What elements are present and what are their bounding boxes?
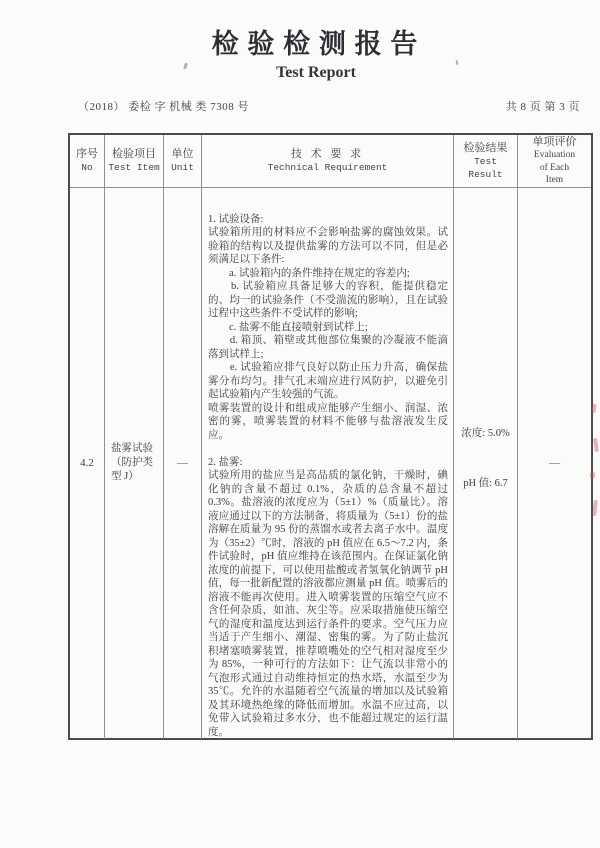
stamp-residue xyxy=(592,500,598,516)
stamp-residue xyxy=(591,404,597,414)
header-unit: 单位 Unit xyxy=(164,135,202,187)
page-title: 检 验 检 测 报 告 xyxy=(30,22,600,61)
cell-test-result: 浓度: 5.0% pH 值: 6.7 xyxy=(454,188,518,740)
doc-number: （2018） 委检 字 机械 类 7308 号 xyxy=(78,98,249,114)
cell-test-item: 盐雾试验（防护类型 J） xyxy=(105,188,164,740)
header-no-en: No xyxy=(81,161,92,174)
cell-evaluation: — xyxy=(518,188,591,740)
header-evaluation-en: Evaluation of Each Item xyxy=(534,149,575,187)
header-test-item: 检验项目 Test Item xyxy=(105,135,164,187)
meta-row: （2018） 委检 字 机械 类 7308 号 共 8 页 第 3 页 xyxy=(78,98,580,114)
result-ph-value: pH 值: 6.7 xyxy=(463,475,508,490)
header-no-cn: 序号 xyxy=(76,147,98,161)
cell-unit: — xyxy=(164,188,202,740)
header-unit-en: Unit xyxy=(171,161,194,174)
test-report-table: 序号 No 检验项目 Test Item 单位 Unit 技 术 要 求 Tec… xyxy=(68,133,593,740)
header-evaluation-cn: 单项评价 xyxy=(533,135,577,149)
header-evaluation: 单项评价 Evaluation of Each Item xyxy=(518,135,591,187)
cell-technical-requirement: 1. 试验设备: 试验箱所用的材料应不会影响盐雾的腐蚀效果。试验箱的结构以及提供… xyxy=(202,188,454,740)
header-technical-requirement: 技 术 要 求 Technical Requirement xyxy=(202,135,454,187)
table-row: 4.2 盐雾试验（防护类型 J） — 1. 试验设备: 试验箱所用的材料应不会影… xyxy=(70,188,591,740)
header-test-result-en: Test Result xyxy=(468,155,502,181)
header-test-item-cn: 检验项目 xyxy=(112,147,156,161)
header-test-item-en: Test Item xyxy=(108,161,159,174)
page-indicator: 共 8 页 第 3 页 xyxy=(506,98,580,114)
header-no: 序号 No xyxy=(70,135,105,187)
page-subtitle: Test Report xyxy=(32,64,600,82)
report-page: 检 验 检 测 报 告 Test Report （2018） 委检 字 机械 类… xyxy=(0,0,600,848)
cell-serial-no: 4.2 xyxy=(70,188,105,740)
stamp-residue xyxy=(590,472,595,478)
header-technical-requirement-cn: 技 术 要 求 xyxy=(291,147,364,161)
header-test-result: 检验结果 Test Result xyxy=(454,135,518,187)
test-item-label: 盐雾试验（防护类型 J） xyxy=(111,442,157,484)
header-test-result-cn: 检验结果 xyxy=(464,141,508,155)
stamp-residue xyxy=(593,438,599,452)
header-unit-cn: 单位 xyxy=(172,147,194,161)
result-concentration: 浓度: 5.0% xyxy=(461,425,509,440)
header-technical-requirement-en: Technical Requirement xyxy=(268,161,388,174)
table-header-row: 序号 No 检验项目 Test Item 单位 Unit 技 术 要 求 Tec… xyxy=(70,135,591,188)
